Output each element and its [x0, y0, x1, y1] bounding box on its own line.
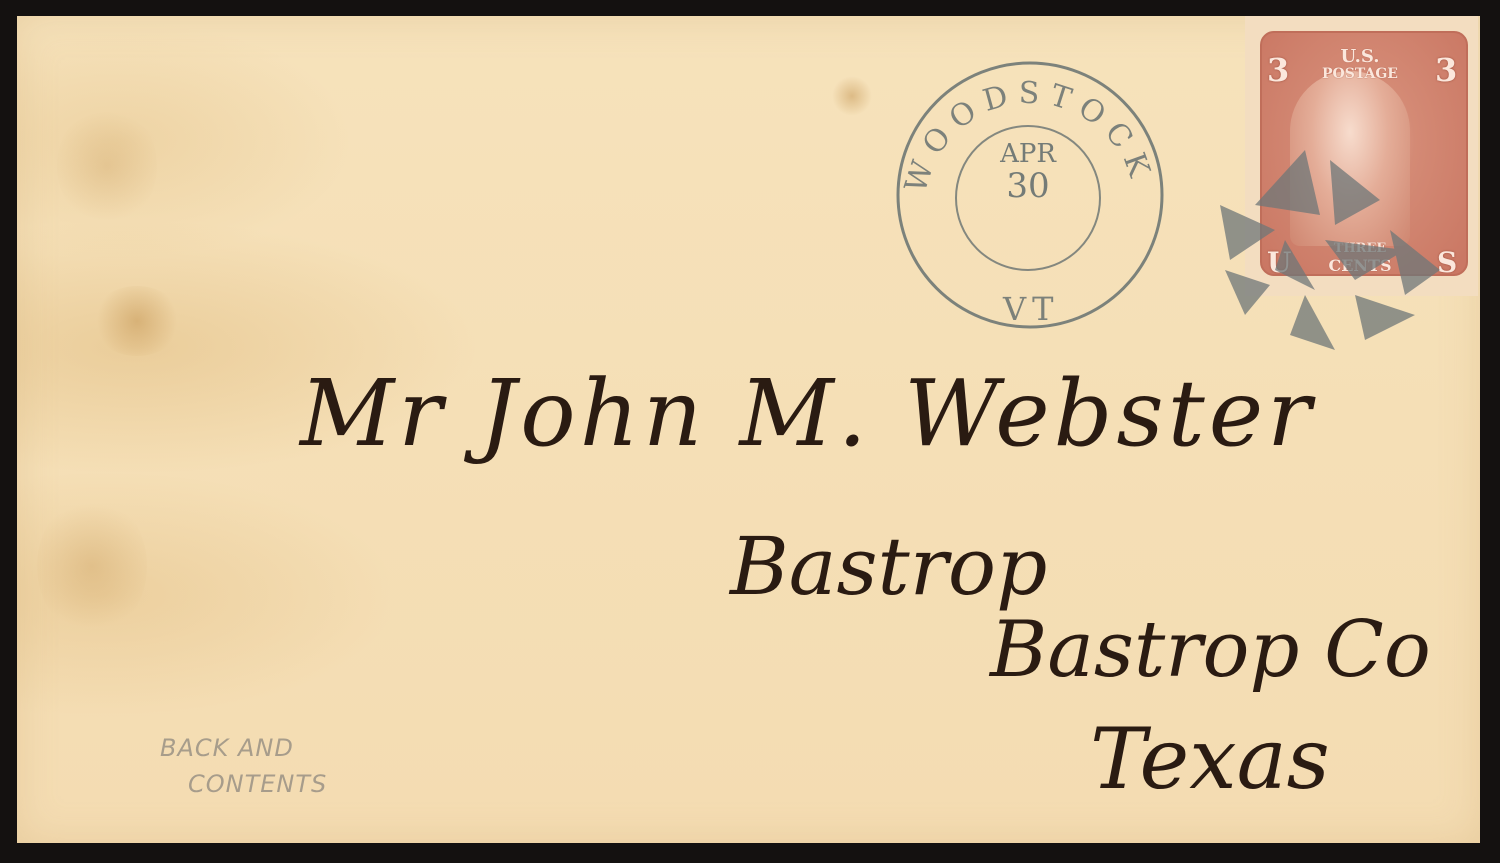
postmark-day: 30: [983, 170, 1073, 202]
pencil-note-line2: CONTENTS: [160, 766, 327, 802]
address-line-recipient: Mr John M. Webster: [300, 360, 1315, 467]
water-stain: [37, 496, 147, 636]
stamp-postage: POSTAGE: [1300, 66, 1420, 82]
stamp-country: U.S.: [1330, 46, 1390, 67]
water-stain: [832, 76, 872, 116]
address-line-state: Texas: [1090, 710, 1330, 808]
address-line-town: Bastrop: [730, 520, 1047, 613]
address-line-county: Bastrop Co: [990, 605, 1431, 695]
water-stain: [92, 286, 182, 356]
pencil-note-line1: BACK AND: [160, 730, 327, 766]
postmark-date: APR 30: [983, 138, 1073, 202]
stamp-denomination-right: 3: [1435, 51, 1457, 89]
postmark-state: VT: [1002, 290, 1059, 328]
pencil-note: BACK AND CONTENTS: [160, 730, 327, 802]
water-stain: [57, 106, 157, 226]
stamp-denomination-left: 3: [1267, 51, 1289, 89]
cancel-mark: [1215, 120, 1445, 360]
